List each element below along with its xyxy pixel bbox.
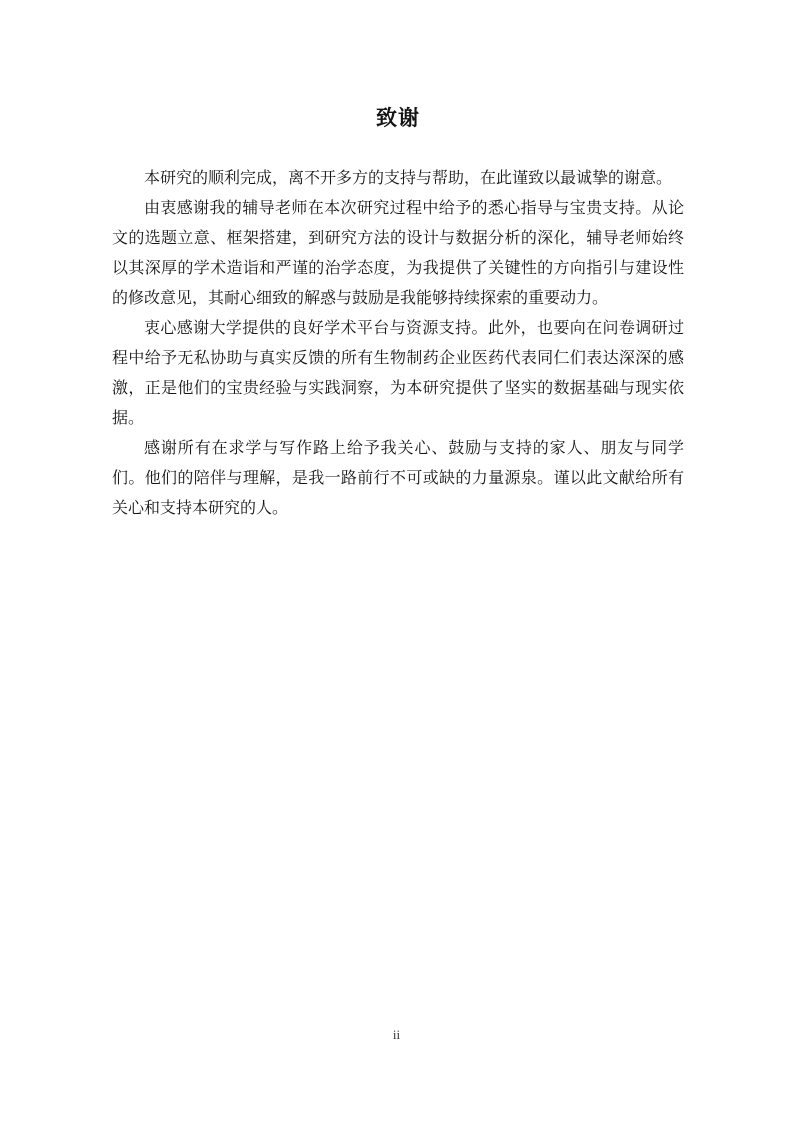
page-footer: ii xyxy=(0,1026,793,1044)
paragraph-family-friends-thanks: 感谢所有在求学与写作路上给予我关心、鼓励与支持的家人、朋友与同学们。他们的陪伴与… xyxy=(112,434,684,524)
page-number: ii xyxy=(393,1027,400,1042)
paragraph-advisor-thanks: 由衷感谢我的辅导老师在本次研究过程中给予的悉心指导与宝贵支持。从论文的选题立意、… xyxy=(112,194,684,314)
page-title: 致谢 xyxy=(112,103,684,133)
document-content: 致谢 本研究的顺利完成，离不开多方的支持与帮助，在此谨致以最诚挚的谢意。 由衷感… xyxy=(112,103,684,524)
document-page: 致谢 本研究的顺利完成，离不开多方的支持与帮助，在此谨致以最诚挚的谢意。 由衷感… xyxy=(0,0,793,1122)
paragraph-university-and-respondents-thanks: 衷心感谢大学提供的良好学术平台与资源支持。此外，也要向在问卷调研过程中给予无私协… xyxy=(112,314,684,434)
paragraph-opening-thanks: 本研究的顺利完成，离不开多方的支持与帮助，在此谨致以最诚挚的谢意。 xyxy=(112,164,684,194)
